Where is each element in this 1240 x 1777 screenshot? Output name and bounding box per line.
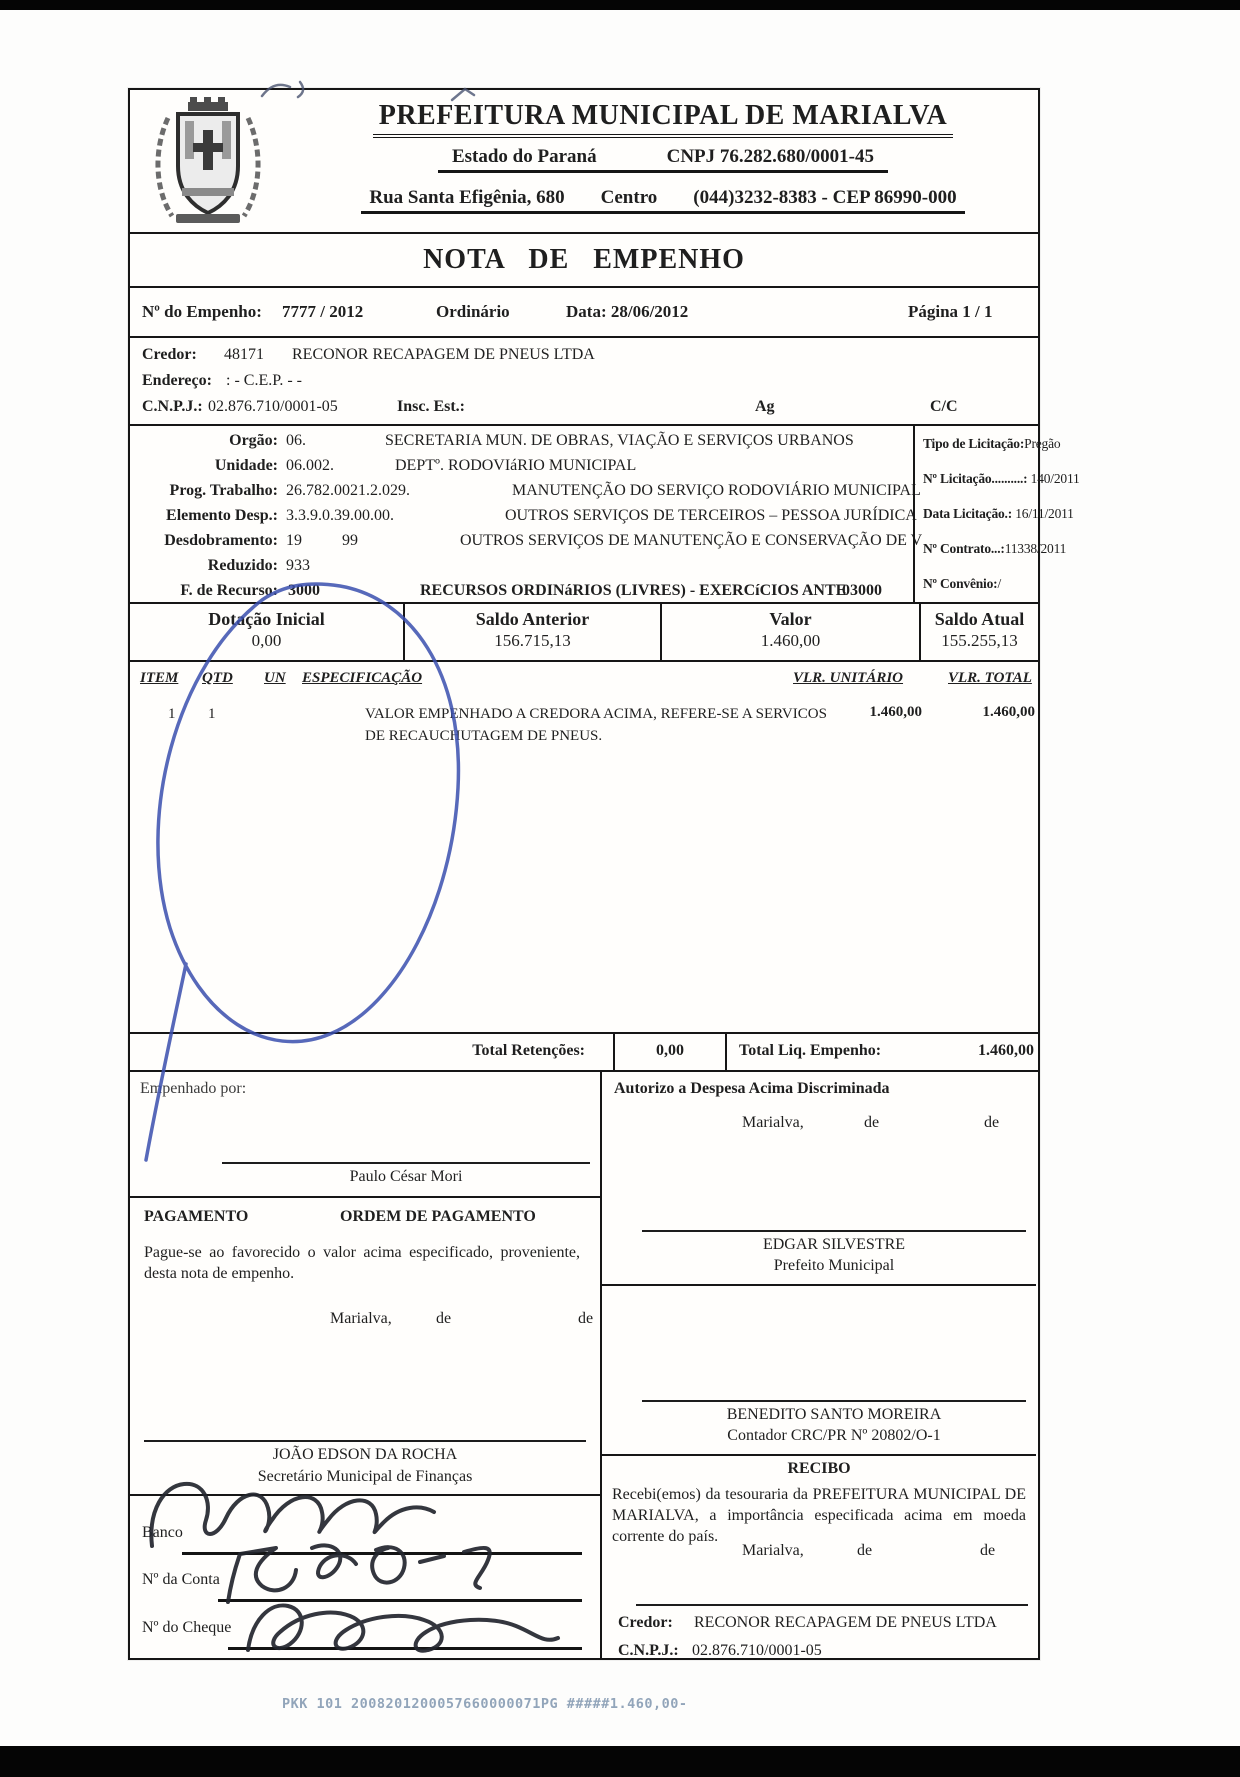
col-header-vlr-total: VLR. TOTAL	[948, 670, 1032, 687]
recibo-credor-name: RECONOR RECAPAGEM DE PNEUS LTDA	[694, 1614, 997, 1632]
col-header-qtd: QTD	[202, 670, 233, 687]
col-header-un: UN	[264, 670, 286, 687]
document-title-band: NOTA DE EMPENHO	[130, 232, 1038, 286]
signature-line	[144, 1440, 586, 1442]
signature-line	[222, 1162, 590, 1164]
conta-label: Nº da Conta	[142, 1571, 220, 1589]
autorizo-heading: Autorizo a Despesa Acima Discriminada	[614, 1080, 890, 1098]
document-title: NOTA DE EMPENHO	[130, 244, 1038, 276]
item-unit-value: 1.460,00	[797, 704, 922, 721]
recibo-heading: RECIBO	[602, 1460, 1036, 1478]
signer-role: Contador CRC/PR Nº 20802/O-1	[642, 1427, 1026, 1445]
balance-summary-row: Dotação Inicial 0,00 Saldo Anterior 156.…	[130, 602, 1038, 660]
signer-name: EDGAR SILVESTRE	[642, 1236, 1026, 1254]
credor-name: RECONOR RECAPAGEM DE PNEUS LTDA	[292, 346, 595, 364]
empenho-number: 7777 / 2012	[282, 302, 363, 322]
dateline-de: de	[857, 1542, 872, 1560]
dotacao-inicial-cell: Dotação Inicial 0,00	[130, 604, 403, 660]
credor-label: Credor:	[142, 346, 197, 364]
nota-de-empenho-document: PREFEITURA MUNICIPAL DE MARIALVA Estado …	[128, 88, 1040, 1660]
scan-edge-top	[0, 0, 1240, 10]
empenhado-por-label: Empenhado por:	[140, 1080, 246, 1098]
scanned-document-page: PREFEITURA MUNICIPAL DE MARIALVA Estado …	[0, 0, 1240, 1777]
licitacao-convenio: Nº Convênio:/	[923, 576, 1001, 592]
payment-column: Empenhado por: Paulo César Mori PAGAMENT…	[130, 1072, 600, 1660]
banco-fill-line	[182, 1552, 582, 1555]
empenho-type: Ordinário	[436, 302, 510, 322]
budget-classification-block: Orgão: 06. SECRETARIA MUN. DE OBRAS, VIA…	[130, 424, 1038, 602]
empenho-number-label: Nº do Empenho:	[142, 302, 262, 322]
org-phone-cep: (044)3232-8383 - CEP 86990-000	[693, 187, 956, 209]
org-name: PREFEITURA MUNICIPAL DE MARIALVA	[373, 100, 954, 138]
rule-line	[130, 1494, 600, 1496]
valor-cell: Valor 1.460,00	[660, 604, 919, 660]
total-retencoes-value: 0,00	[615, 1042, 725, 1060]
item-number: 1	[168, 706, 176, 723]
signer-role: Secretário Municipal de Finanças	[144, 1468, 586, 1486]
endereco-label: Endereço:	[142, 372, 212, 390]
signer-name: JOÃO EDSON DA ROCHA	[144, 1446, 586, 1464]
total-liq-value: 1.460,00	[908, 1042, 1034, 1060]
item-total-value: 1.460,00	[913, 704, 1035, 721]
org-state: Estado do Paraná	[452, 146, 597, 168]
rule-line	[602, 1284, 1036, 1286]
letterhead: PREFEITURA MUNICIPAL DE MARIALVA Estado …	[130, 90, 1038, 232]
signature-line	[642, 1230, 1026, 1232]
recibo-cnpj-value: 02.876.710/0001-05	[692, 1642, 822, 1660]
dateline-de: de	[980, 1542, 995, 1560]
cheque-label: Nº do Cheque	[142, 1619, 231, 1637]
item-spec-line2: DE RECAUCHUTAGEM DE PNEUS.	[365, 728, 602, 745]
signatures-block: Empenhado por: Paulo César Mori PAGAMENT…	[130, 1070, 1038, 1658]
item-qty: 1	[208, 706, 216, 723]
pagamento-heading: PAGAMENTO	[144, 1208, 248, 1226]
recibo-cnpj-label: C.N.P.J.:	[618, 1642, 679, 1660]
org-cnpj: CNPJ 76.282.680/0001-45	[667, 146, 874, 168]
endereco-value: : - C.E.P. - -	[226, 372, 302, 390]
dateline-city: Marialva,	[742, 1114, 804, 1132]
items-table: ITEM QTD UN ESPECIFICAÇÃO VLR. UNITÁRIO …	[130, 660, 1038, 1032]
org-street: Rua Santa Efigênia, 680	[369, 187, 564, 209]
insc-est-label: Insc. Est.:	[397, 398, 465, 416]
scan-edge-bottom	[0, 1746, 1240, 1777]
total-liq-label: Total Liq. Empenho:	[739, 1042, 881, 1060]
saldo-atual-cell: Saldo Atual 155.255,13	[919, 604, 1038, 660]
dateline-city: Marialva,	[330, 1310, 392, 1328]
dateline-de: de	[984, 1114, 999, 1132]
cnpj-label: C.N.P.J.:	[142, 398, 203, 416]
letterhead-text: PREFEITURA MUNICIPAL DE MARIALVA Estado …	[300, 100, 1026, 214]
col-header-especificacao: ESPECIFICAÇÃO	[302, 670, 422, 687]
signer-role: Prefeito Municipal	[642, 1257, 1026, 1275]
signature-line	[642, 1400, 1026, 1402]
municipal-coat-of-arms-icon	[148, 96, 268, 226]
empenho-header-row: Nº do Empenho: 7777 / 2012 Ordinário Dat…	[130, 286, 1038, 336]
creditor-block: Credor: 48171 RECONOR RECAPAGEM DE PNEUS…	[130, 336, 1038, 424]
credor-code: 48171	[224, 346, 264, 364]
dateline-de: de	[436, 1310, 451, 1328]
item-spec-line1: VALOR EMPENHADO A CREDORA ACIMA, REFERE-…	[365, 706, 827, 723]
licitacao-divider	[913, 426, 915, 602]
signer-name: BENEDITO SANTO MOREIRA	[642, 1406, 1026, 1424]
cnpj-value: 02.876.710/0001-05	[208, 398, 338, 416]
org-state-cnpj-line: Estado do Paraná CNPJ 76.282.680/0001-45	[438, 146, 888, 173]
org-district: Centro	[601, 187, 658, 209]
dateline-de: de	[864, 1114, 879, 1132]
licitacao-data: Data Licitação.: 16/11/2011	[923, 506, 1074, 522]
licitacao-tipo: Tipo de Licitação:Pregão	[923, 436, 1060, 452]
ordem-pagamento-heading: ORDEM DE PAGAMENTO	[340, 1208, 536, 1226]
conta-fill-line	[218, 1599, 582, 1602]
authorization-column: Autorizo a Despesa Acima Discriminada Ma…	[600, 1072, 1036, 1660]
rule-line	[130, 1196, 600, 1198]
signer-name: Paulo César Mori	[222, 1168, 590, 1186]
cc-label: C/C	[930, 398, 958, 416]
licitacao-numero: Nº Licitação..........: 140/2011	[923, 471, 1080, 487]
ag-label: Ag	[755, 398, 775, 416]
dot-matrix-code: PKK 101 2008201200057660000071PG #####1.…	[282, 1696, 688, 1712]
payment-instruction: Pague-se ao favorecido o valor acima esp…	[144, 1242, 580, 1284]
total-retencoes-label: Total Retenções:	[130, 1042, 585, 1060]
cheque-fill-line	[228, 1647, 582, 1650]
recibo-body: Recebi(emos) da tesouraria da PREFEITURA…	[612, 1484, 1026, 1547]
page-indicator: Página 1 / 1	[908, 302, 993, 322]
dateline-de: de	[578, 1310, 593, 1328]
org-address-line: Rua Santa Efigênia, 680 Centro (044)3232…	[361, 187, 964, 214]
totals-divider-2	[725, 1034, 727, 1070]
dateline-city: Marialva,	[742, 1542, 804, 1560]
rule-line	[636, 1604, 1028, 1606]
licitacao-contrato: Nº Contrato...:11338/2011	[923, 541, 1066, 557]
recibo-credor-label: Credor:	[618, 1614, 673, 1632]
rule-line	[602, 1454, 1036, 1456]
saldo-anterior-cell: Saldo Anterior 156.715,13	[403, 604, 660, 660]
banco-label: Banco	[142, 1524, 183, 1542]
totals-row: Total Retenções: 0,00 Total Liq. Empenho…	[130, 1032, 1038, 1070]
empenho-date: Data: 28/06/2012	[566, 302, 688, 322]
col-header-item: ITEM	[140, 670, 178, 687]
col-header-vlr-unitario: VLR. UNITÁRIO	[793, 670, 903, 687]
